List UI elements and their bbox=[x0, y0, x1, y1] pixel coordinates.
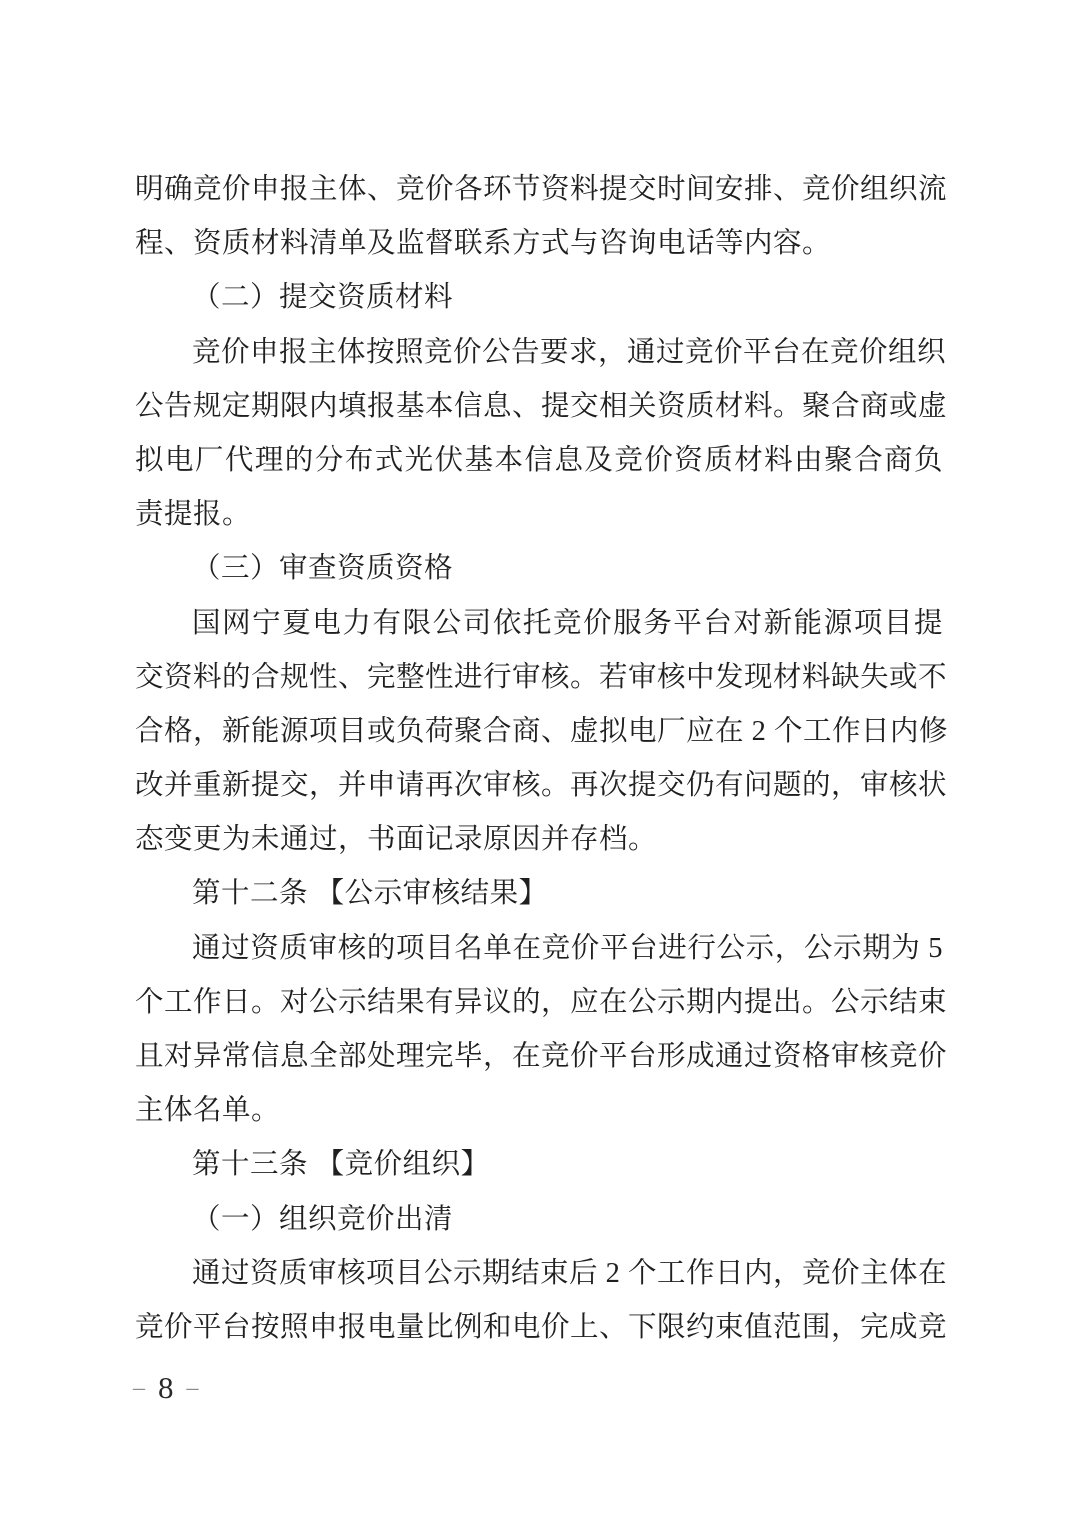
document-page: 明确竞价申报主体、竞价各环节资料提交时间安排、竞价组织流 程、资质材料清单及监督… bbox=[0, 0, 1080, 1527]
body-line: 态变更为未通过，书面记录原因并存档。 bbox=[135, 813, 943, 867]
article-13-heading: 第十三条 【竞价组织】 bbox=[135, 1138, 943, 1192]
body-line: 公告规定期限内填报基本信息、提交相关资质材料。聚合商或虚 bbox=[135, 380, 943, 434]
body-line: 责提报。 bbox=[135, 488, 943, 542]
page-number: – 8 – bbox=[133, 1368, 199, 1408]
document-body: 明确竞价申报主体、竞价各环节资料提交时间安排、竞价组织流 程、资质材料清单及监督… bbox=[135, 163, 943, 1355]
page-number-value: 8 bbox=[158, 1370, 174, 1406]
body-line: 且对异常信息全部处理完毕，在竞价平台形成通过资格审核竞价 bbox=[135, 1030, 943, 1084]
body-line: 明确竞价申报主体、竞价各环节资料提交时间安排、竞价组织流 bbox=[135, 163, 943, 217]
page-number-dash-right: – bbox=[187, 1368, 199, 1408]
body-line: 拟电厂代理的分布式光伏基本信息及竞价资质材料由聚合商负 bbox=[135, 434, 943, 488]
body-line: 个工作日。对公示结果有异议的，应在公示期内提出。公示结束 bbox=[135, 976, 943, 1030]
body-line: 竞价申报主体按照竞价公告要求，通过竞价平台在竞价组织 bbox=[135, 326, 943, 380]
body-line: 程、资质材料清单及监督联系方式与咨询电话等内容。 bbox=[135, 217, 943, 271]
subsection-heading-2: （二）提交资质材料 bbox=[135, 271, 943, 325]
body-line: 竞价平台按照申报电量比例和电价上、下限约束值范围，完成竞 bbox=[135, 1301, 943, 1355]
body-line: 合格，新能源项目或负荷聚合商、虚拟电厂应在 2 个工作日内修 bbox=[135, 705, 943, 759]
subsection-heading-3: （三）审查资质资格 bbox=[135, 542, 943, 596]
body-line: 交资料的合规性、完整性进行审核。若审核中发现材料缺失或不 bbox=[135, 651, 943, 705]
body-line: 改并重新提交，并申请再次审核。再次提交仍有问题的，审核状 bbox=[135, 759, 943, 813]
page-number-dash-left: – bbox=[133, 1368, 145, 1408]
body-line: 通过资质审核项目公示期结束后 2 个工作日内，竞价主体在 bbox=[135, 1247, 943, 1301]
subsection-heading-1: （一）组织竞价出清 bbox=[135, 1193, 943, 1247]
body-line: 国网宁夏电力有限公司依托竞价服务平台对新能源项目提 bbox=[135, 597, 943, 651]
article-12-heading: 第十二条 【公示审核结果】 bbox=[135, 867, 943, 921]
body-line: 主体名单。 bbox=[135, 1084, 943, 1138]
body-line: 通过资质审核的项目名单在竞价平台进行公示，公示期为 5 bbox=[135, 922, 943, 976]
